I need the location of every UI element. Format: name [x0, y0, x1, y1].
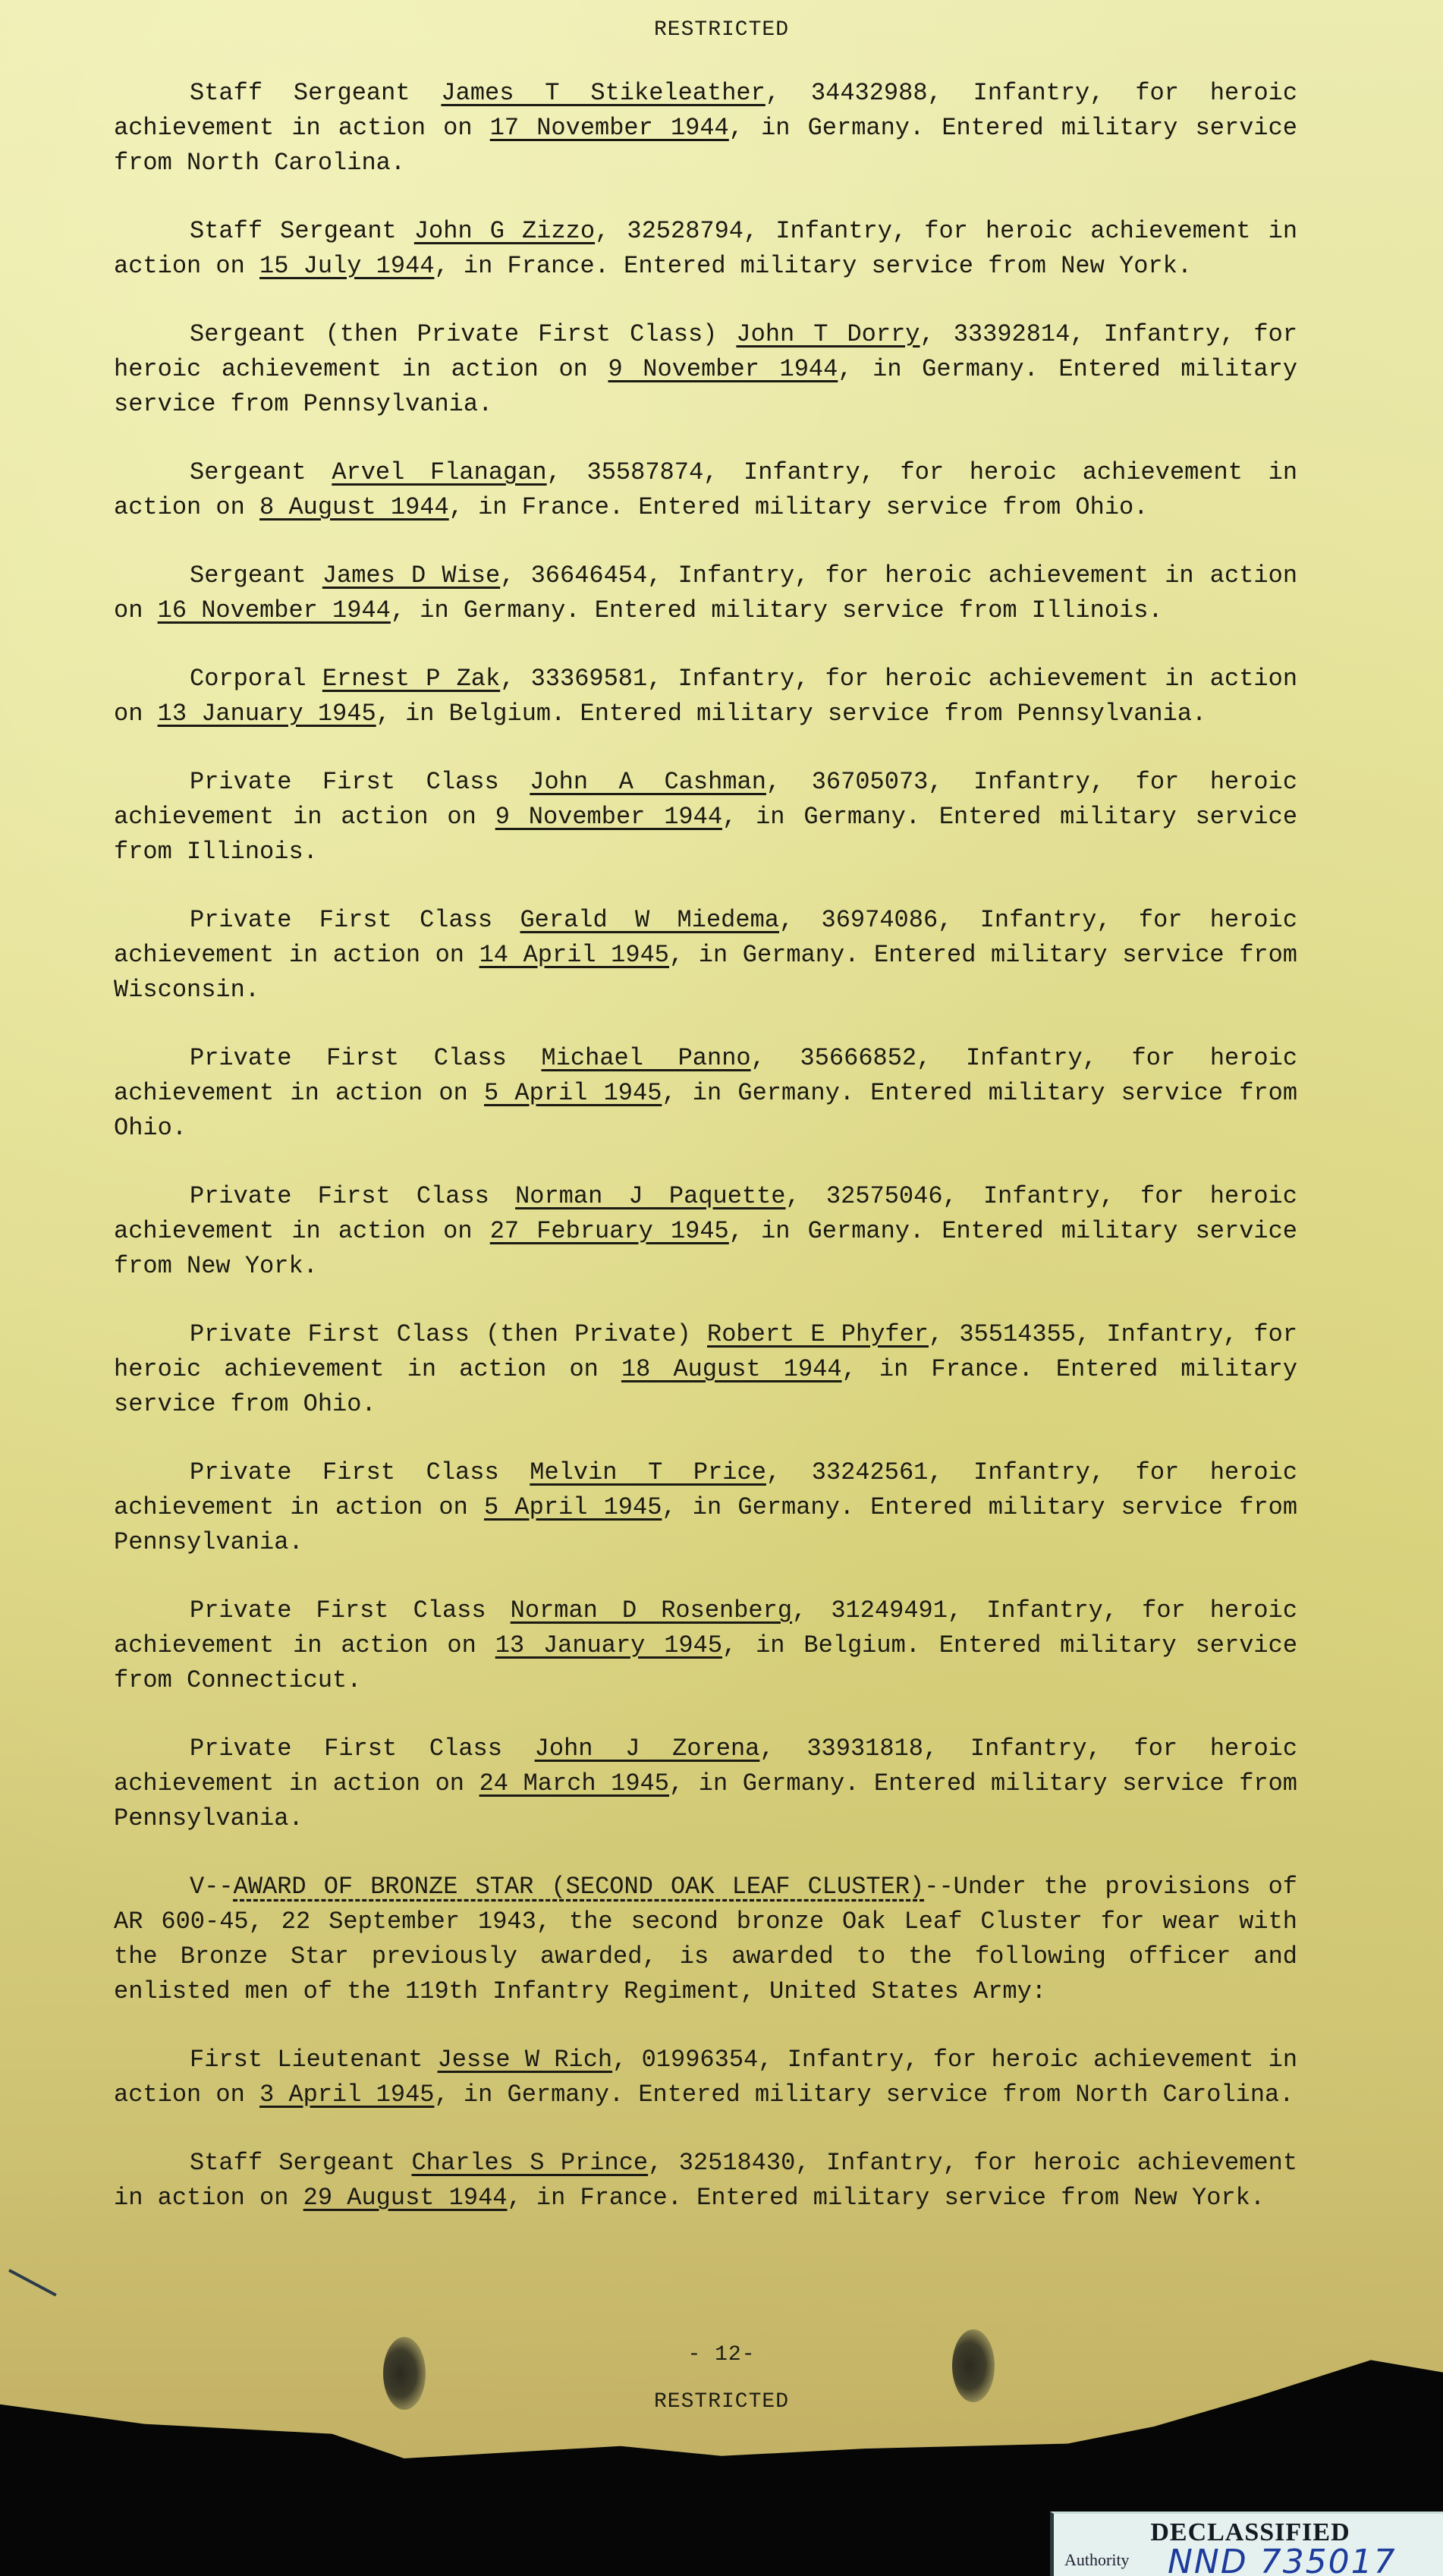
citation-rank: First Lieutenant [190, 2046, 438, 2074]
citation-serial: , 32575046, [786, 1182, 983, 1210]
citation-rank: Private First Class [190, 1044, 542, 1072]
citation-name: Melvin T Price [530, 1458, 766, 1486]
citation-place: , in Belgium. [722, 1631, 939, 1659]
classification-footer: RESTRICTED [0, 2390, 1443, 2414]
citation-entered: Entered military service from North Caro… [638, 2081, 1294, 2109]
citation-name: Charles S Prince [411, 2149, 648, 2177]
citation-name: John J Zorena [535, 1735, 760, 1763]
citation-serial: , 33242561, [766, 1458, 973, 1486]
citation-branch: Infantry, [966, 1044, 1132, 1072]
citation-paragraph: Private First Class John J Zorena, 33931… [114, 1731, 1297, 1836]
citation-name: Michael Panno [542, 1044, 751, 1072]
citation-serial: , 36705073, [766, 768, 973, 796]
citation-place: , in Germany. [434, 2081, 638, 2109]
citation-paragraph: Sergeant James D Wise, 36646454, Infantr… [114, 558, 1297, 628]
citation-date: 29 August 1944 [303, 2184, 508, 2212]
citation-entered: Entered military service from New York. [624, 252, 1192, 280]
citation-date: 9 November 1944 [608, 355, 838, 383]
citation-branch: Infantry, [678, 561, 825, 590]
citation-serial: , 35587874, [547, 458, 744, 486]
citation-rank: Private First Class [190, 1458, 530, 1486]
citation-paragraph: Private First Class Gerald W Miedema, 36… [114, 903, 1297, 1008]
citation-place: , in Germany. [729, 1217, 942, 1245]
citation-entered: Entered military service from Pennsylvan… [580, 700, 1207, 728]
citation-serial: , 01996354, [612, 2046, 788, 2074]
citation-paragraph: Sergeant (then Private First Class) John… [114, 317, 1297, 422]
citation-branch: Infantry, [744, 458, 901, 486]
citation-paragraph: Staff Sergeant John G Zizzo, 32528794, I… [114, 214, 1297, 284]
citation-branch: Infantry, [970, 1735, 1134, 1763]
citation-rank: Private First Class [190, 1735, 535, 1763]
citation-branch: Infantry, [973, 768, 1135, 796]
citation-date: 24 March 1945 [479, 1769, 669, 1798]
citation-rank: Private First Class [190, 768, 530, 796]
citation-date: 13 January 1945 [158, 700, 376, 728]
citation-branch: Infantry, [1106, 1320, 1253, 1348]
citation-serial: , 31249491, [792, 1596, 986, 1625]
citation-rank: Sergeant [190, 561, 322, 590]
citation-place: , in Germany. [838, 355, 1058, 383]
citation-name: Gerald W Miedema [520, 906, 779, 934]
citation-paragraph: Staff Sergeant James T Stikeleather, 344… [114, 76, 1297, 181]
citation-paragraph: Private First Class (then Private) Rober… [114, 1317, 1297, 1422]
citation-rank: Corporal [190, 665, 322, 693]
section-v-title: AWARD OF BRONZE STAR (SECOND OAK LEAF CL… [234, 1873, 925, 1901]
citation-paragraph: Staff Sergeant Charles S Prince, 3251843… [114, 2146, 1297, 2216]
citation-date: 5 April 1945 [484, 1079, 662, 1107]
citation-rank: Staff Sergeant [190, 79, 441, 107]
citation-place: , in Germany. [662, 1079, 870, 1107]
citation-date: 3 April 1945 [259, 2081, 434, 2109]
citation-serial: , 36646454, [500, 561, 677, 590]
citation-place: , in France. [507, 2184, 696, 2212]
citation-place: , in France. [842, 1355, 1056, 1383]
citation-branch: Infantry, [980, 906, 1139, 934]
citation-place: , in Germany. [662, 1493, 870, 1521]
citation-branch: Infantry, [1104, 320, 1254, 348]
citations-list-part1: Staff Sergeant James T Stikeleather, 344… [114, 76, 1297, 1836]
citation-date: 15 July 1944 [259, 252, 434, 280]
citation-rank: Staff Sergeant [190, 2149, 411, 2177]
classification-header: RESTRICTED [0, 18, 1443, 42]
citation-date: 18 August 1944 [621, 1355, 842, 1383]
citation-place: , in Germany. [391, 596, 595, 624]
citation-branch: Infantry, [973, 1458, 1135, 1486]
citation-date: 13 January 1945 [495, 1631, 722, 1659]
citation-branch: Infantry, [678, 665, 825, 693]
citation-entered: Entered military service from New York. [696, 2184, 1265, 2212]
citation-place: , in Germany. [722, 803, 939, 831]
citation-rank: Private First Class [190, 1182, 515, 1210]
citation-paragraph: Private First Class Michael Panno, 35666… [114, 1041, 1297, 1146]
citation-place: , in France. [434, 252, 624, 280]
citation-date: 17 November 1944 [490, 114, 729, 142]
citation-date: 9 November 1944 [495, 803, 722, 831]
citation-rank: Private First Class (then Private) [190, 1320, 707, 1348]
citation-branch: Infantry, [983, 1182, 1140, 1210]
citation-paragraph: Private First Class Melvin T Price, 3324… [114, 1455, 1297, 1560]
citation-paragraph: Private First Class John A Cashman, 3670… [114, 765, 1297, 870]
citation-rank: Private First Class [190, 1596, 511, 1625]
document-body: Staff Sergeant James T Stikeleather, 344… [114, 76, 1297, 2249]
citations-list-part2: First Lieutenant Jesse W Rich, 01996354,… [114, 2043, 1297, 2216]
citation-branch: Infantry, [775, 217, 924, 245]
citation-serial: , 32518430, [648, 2149, 826, 2177]
citation-date: 8 August 1944 [259, 493, 449, 521]
citation-place: , in Germany. [669, 941, 874, 969]
citation-name: Jesse W Rich [438, 2046, 613, 2074]
citation-paragraph: Private First Class Norman D Rosenberg, … [114, 1593, 1297, 1698]
citation-serial: , 35666852, [751, 1044, 966, 1072]
citation-paragraph: Sergeant Arvel Flanagan, 35587874, Infan… [114, 455, 1297, 525]
citation-serial: , 33931818, [759, 1735, 970, 1763]
citation-entered: Entered military service from Illinois. [595, 596, 1163, 624]
stamp-authority-label: Authority [1064, 2550, 1130, 2570]
citation-paragraph: First Lieutenant Jesse W Rich, 01996354,… [114, 2043, 1297, 2112]
citation-branch: Infantry, [986, 1596, 1142, 1625]
citation-paragraph: Corporal Ernest P Zak, 33369581, Infantr… [114, 662, 1297, 731]
citation-name: John A Cashman [530, 768, 766, 796]
citation-serial: , 33369581, [500, 665, 677, 693]
citation-serial: , 35514355, [929, 1320, 1106, 1348]
stamp-authority-value: NND 735017 [1168, 2543, 1397, 2576]
citation-rank: Sergeant (then Private First Class) [190, 320, 736, 348]
citation-branch: Infantry, [788, 2046, 933, 2074]
citation-date: 5 April 1945 [484, 1493, 662, 1521]
page-number: - 12- [0, 2343, 1443, 2367]
citation-name: James T Stikeleather [441, 79, 765, 107]
citation-serial: , 36974086, [779, 906, 980, 934]
citation-name: John G Zizzo [414, 217, 595, 245]
citation-branch: Infantry, [973, 79, 1136, 107]
section-v-paragraph: V--AWARD OF BRONZE STAR (SECOND OAK LEAF… [114, 1870, 1297, 2009]
citation-date: 14 April 1945 [479, 941, 669, 969]
citation-name: Norman J Paquette [515, 1182, 785, 1210]
citation-rank: Sergeant [190, 458, 332, 486]
citation-serial: , 32528794, [595, 217, 775, 245]
citation-place: , in France. [449, 493, 639, 521]
citation-place: , in Germany. [669, 1769, 874, 1798]
citation-paragraph: Private First Class Norman J Paquette, 3… [114, 1179, 1297, 1284]
citation-date: 27 February 1945 [490, 1217, 729, 1245]
citation-branch: Infantry, [826, 2149, 973, 2177]
citation-rank: Private First Class [190, 906, 520, 934]
citation-entered: Entered military service from Ohio. [638, 493, 1148, 521]
citation-name: Robert E Phyfer [707, 1320, 929, 1348]
citation-name: James D Wise [322, 561, 500, 590]
citation-name: John T Dorry [736, 320, 920, 348]
citation-serial: , 33392814, [920, 320, 1103, 348]
citation-serial: , 34432988, [766, 79, 973, 107]
citation-name: Ernest P Zak [322, 665, 500, 693]
citation-name: Norman D Rosenberg [511, 1596, 792, 1625]
declassified-stamp: DECLASSIFIED Authority NND 735017 [1050, 2512, 1443, 2576]
section-v-prefix: V-- [190, 1873, 234, 1901]
citation-place: , in Germany. [729, 114, 942, 142]
citation-place: , in Belgium. [376, 700, 580, 728]
citation-name: Arvel Flanagan [332, 458, 546, 486]
citation-date: 16 November 1944 [158, 596, 391, 624]
citation-rank: Staff Sergeant [190, 217, 414, 245]
